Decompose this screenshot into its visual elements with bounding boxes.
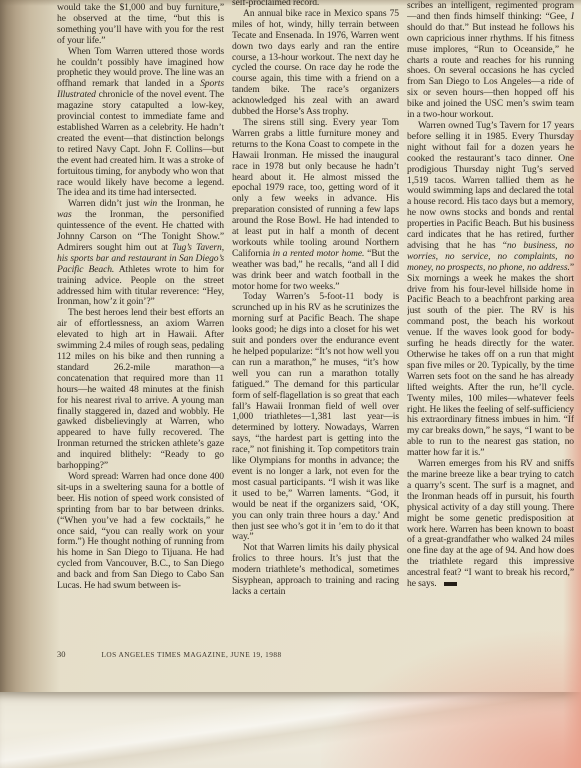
text-column-1: would take the $1,000 and buy furniture,… [57,3,224,639]
text-segment: Today Warren’s 5-foot-11 body is scrunch… [232,291,399,542]
paragraph: When Tom Warren uttered those words he c… [57,47,224,200]
page-number: 30 [57,649,66,659]
paragraph: Word spread: Warren had once done 400 si… [57,472,224,592]
text-segment: chronicle of the novel event. The magazi… [57,89,224,198]
paragraph: Warren owned Tug’s Tavern for 17 years b… [407,121,574,459]
text-segment: An annual bike race in Mexico spans 75 m… [232,8,399,117]
text-segment: I [571,11,574,22]
text-segment: in a rented motor home. [273,248,365,259]
issue-line: LOS ANGELES TIMES MAGAZINE, JUNE 19, 198… [102,650,282,659]
paragraph: The best heroes lend their best efforts … [57,308,224,472]
text-segment: Not that Warren limits his daily physica… [232,542,399,597]
paragraph: scribes an intelligent, regimented progr… [407,1,574,121]
article-columns: would take the $1,000 and buy furniture,… [57,3,574,663]
text-segment: Warren emerges from his RV and sniffs th… [407,458,574,589]
text-segment: the Ironman, he [157,198,224,209]
text-column-2: self-proclaimed record.An annual bike ra… [232,0,399,663]
paragraph: would take the $1,000 and buy furniture,… [57,3,224,47]
text-segment: ” Six mornings a week he makes the short… [407,262,574,458]
paragraph: Not that Warren limits his daily physica… [232,543,399,598]
text-segment: scribes an intelligent, regimented progr… [407,1,574,22]
text-segment: Warren didn’t just [68,198,144,209]
paragraph: An annual bike race in Mexico spans 75 m… [232,9,399,118]
page-footer: 30LOS ANGELES TIMES MAGAZINE, JUNE 19, 1… [57,644,377,662]
text-column-3: scribes an intelligent, regimented progr… [407,1,574,663]
text-segment: The sirens still sing. Every year Tom Wa… [232,117,399,259]
text-segment: was [57,209,72,220]
scan-left-edge-shadow [0,0,62,714]
text-segment: The best heroes lend their best efforts … [57,307,224,471]
text-segment: would take the $1,000 and buy furniture,… [57,3,224,46]
text-segment: When Tom Warren uttered those words he c… [57,46,224,90]
end-of-article-mark [444,582,457,586]
text-segment: Word spread: Warren had once done 400 si… [57,471,224,591]
paragraph: Today Warren’s 5-foot-11 body is scrunch… [232,292,399,543]
paragraph: Warren emerges from his RV and sniffs th… [407,459,574,590]
text-segment: should do that.” But instead he follows … [407,22,574,120]
text-segment: win [144,198,158,209]
text-segment: Warren owned Tug’s Tavern for 17 years b… [407,120,574,251]
paragraph: The sirens still sing. Every year Tom Wa… [232,118,399,293]
paragraph: Warren didn’t just win the Ironman, he w… [57,199,224,308]
text-segment: self-proclaimed record. [232,0,319,8]
magazine-page: would take the $1,000 and buy furniture,… [0,0,581,768]
